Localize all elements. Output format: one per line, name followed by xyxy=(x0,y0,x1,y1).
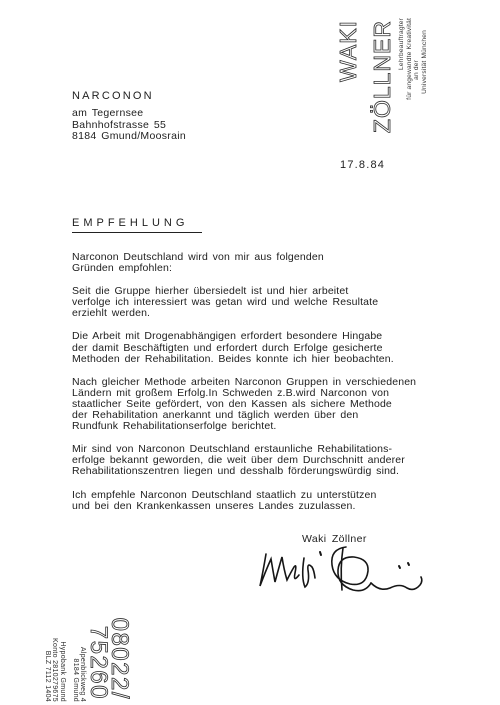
letterhead-name-line: ZÖLLNER xyxy=(369,20,395,133)
letter-body: Narconon Deutschland wird von mir aus fo… xyxy=(72,252,457,524)
letterhead-name: WAKI ZÖLLNER xyxy=(320,10,410,140)
letterhead-phone-line: 75260 xyxy=(85,626,112,700)
body-line: Methoden der Rehabilitation. Beides konn… xyxy=(72,353,394,365)
subject-text: EMPFEHLUNG xyxy=(72,217,202,233)
bank-detail-line: Hypobank Gmund xyxy=(58,612,65,702)
letterhead-phone: 08022/ 75260 xyxy=(85,598,140,705)
body-paragraph: Die Arbeit mit Drogenabhängigen erforder… xyxy=(72,331,457,364)
handwritten-signature xyxy=(250,540,430,615)
body-line: Rundfunk Rehabilitationserfolge berichte… xyxy=(72,420,276,432)
letterhead-title-line: an der xyxy=(413,14,421,102)
recipient-name: NARCONON xyxy=(72,90,186,102)
scanned-letter-page: NARCONON am Tegernsee Bahnhofstrasse 55 … xyxy=(0,0,500,705)
body-line: Gründen empfohlen: xyxy=(72,262,172,274)
body-paragraph: Narconon Deutschland wird von mir aus fo… xyxy=(72,252,457,274)
recipient-address-line: am Tegernsee xyxy=(72,108,186,120)
body-line: Rehabilitationszentren liegen und dessha… xyxy=(72,465,399,477)
letterhead-title: Lehrbeauftragter für angewandte Kreativi… xyxy=(398,14,428,102)
letter-date: 17.8.84 xyxy=(340,159,385,171)
recipient-block: NARCONON am Tegernsee Bahnhofstrasse 55 … xyxy=(72,90,186,143)
recipient-address-line: 8184 Gmund/Moosrain xyxy=(72,131,186,143)
body-line: und bei den Krankenkassen unseres Landes… xyxy=(72,500,356,512)
sender-address-line: 8184 Gmund xyxy=(72,612,79,702)
letterhead-title-line: Lehrbeauftragter xyxy=(398,14,406,102)
body-paragraph: Ich empfehle Narconon Deutschland staatl… xyxy=(72,490,457,512)
letterhead-sender-details: Alpenblickweg 4 8184 Gmund Hypobank Gmun… xyxy=(44,612,86,702)
body-paragraph: Mir sind von Narconon Deutschland erstau… xyxy=(72,444,457,477)
letterhead-name-line: WAKI xyxy=(335,20,361,82)
bank-detail-line: BLZ 7112 1404 xyxy=(44,612,51,702)
letterhead-title-line: für angewandte Kreativität xyxy=(406,14,414,102)
body-paragraph: Nach gleicher Methode arbeiten Narconon … xyxy=(72,377,457,432)
letterhead-title-line: Universität München xyxy=(421,14,429,102)
subject-heading: EMPFEHLUNG xyxy=(72,213,202,233)
sender-address-line: Alpenblickweg 4 xyxy=(79,612,86,702)
body-line: erziehlt werden. xyxy=(72,307,150,319)
body-paragraph: Seit die Gruppe hierher übersiedelt ist … xyxy=(72,286,457,319)
bank-detail-line: Konto 2810279675 xyxy=(51,612,58,702)
